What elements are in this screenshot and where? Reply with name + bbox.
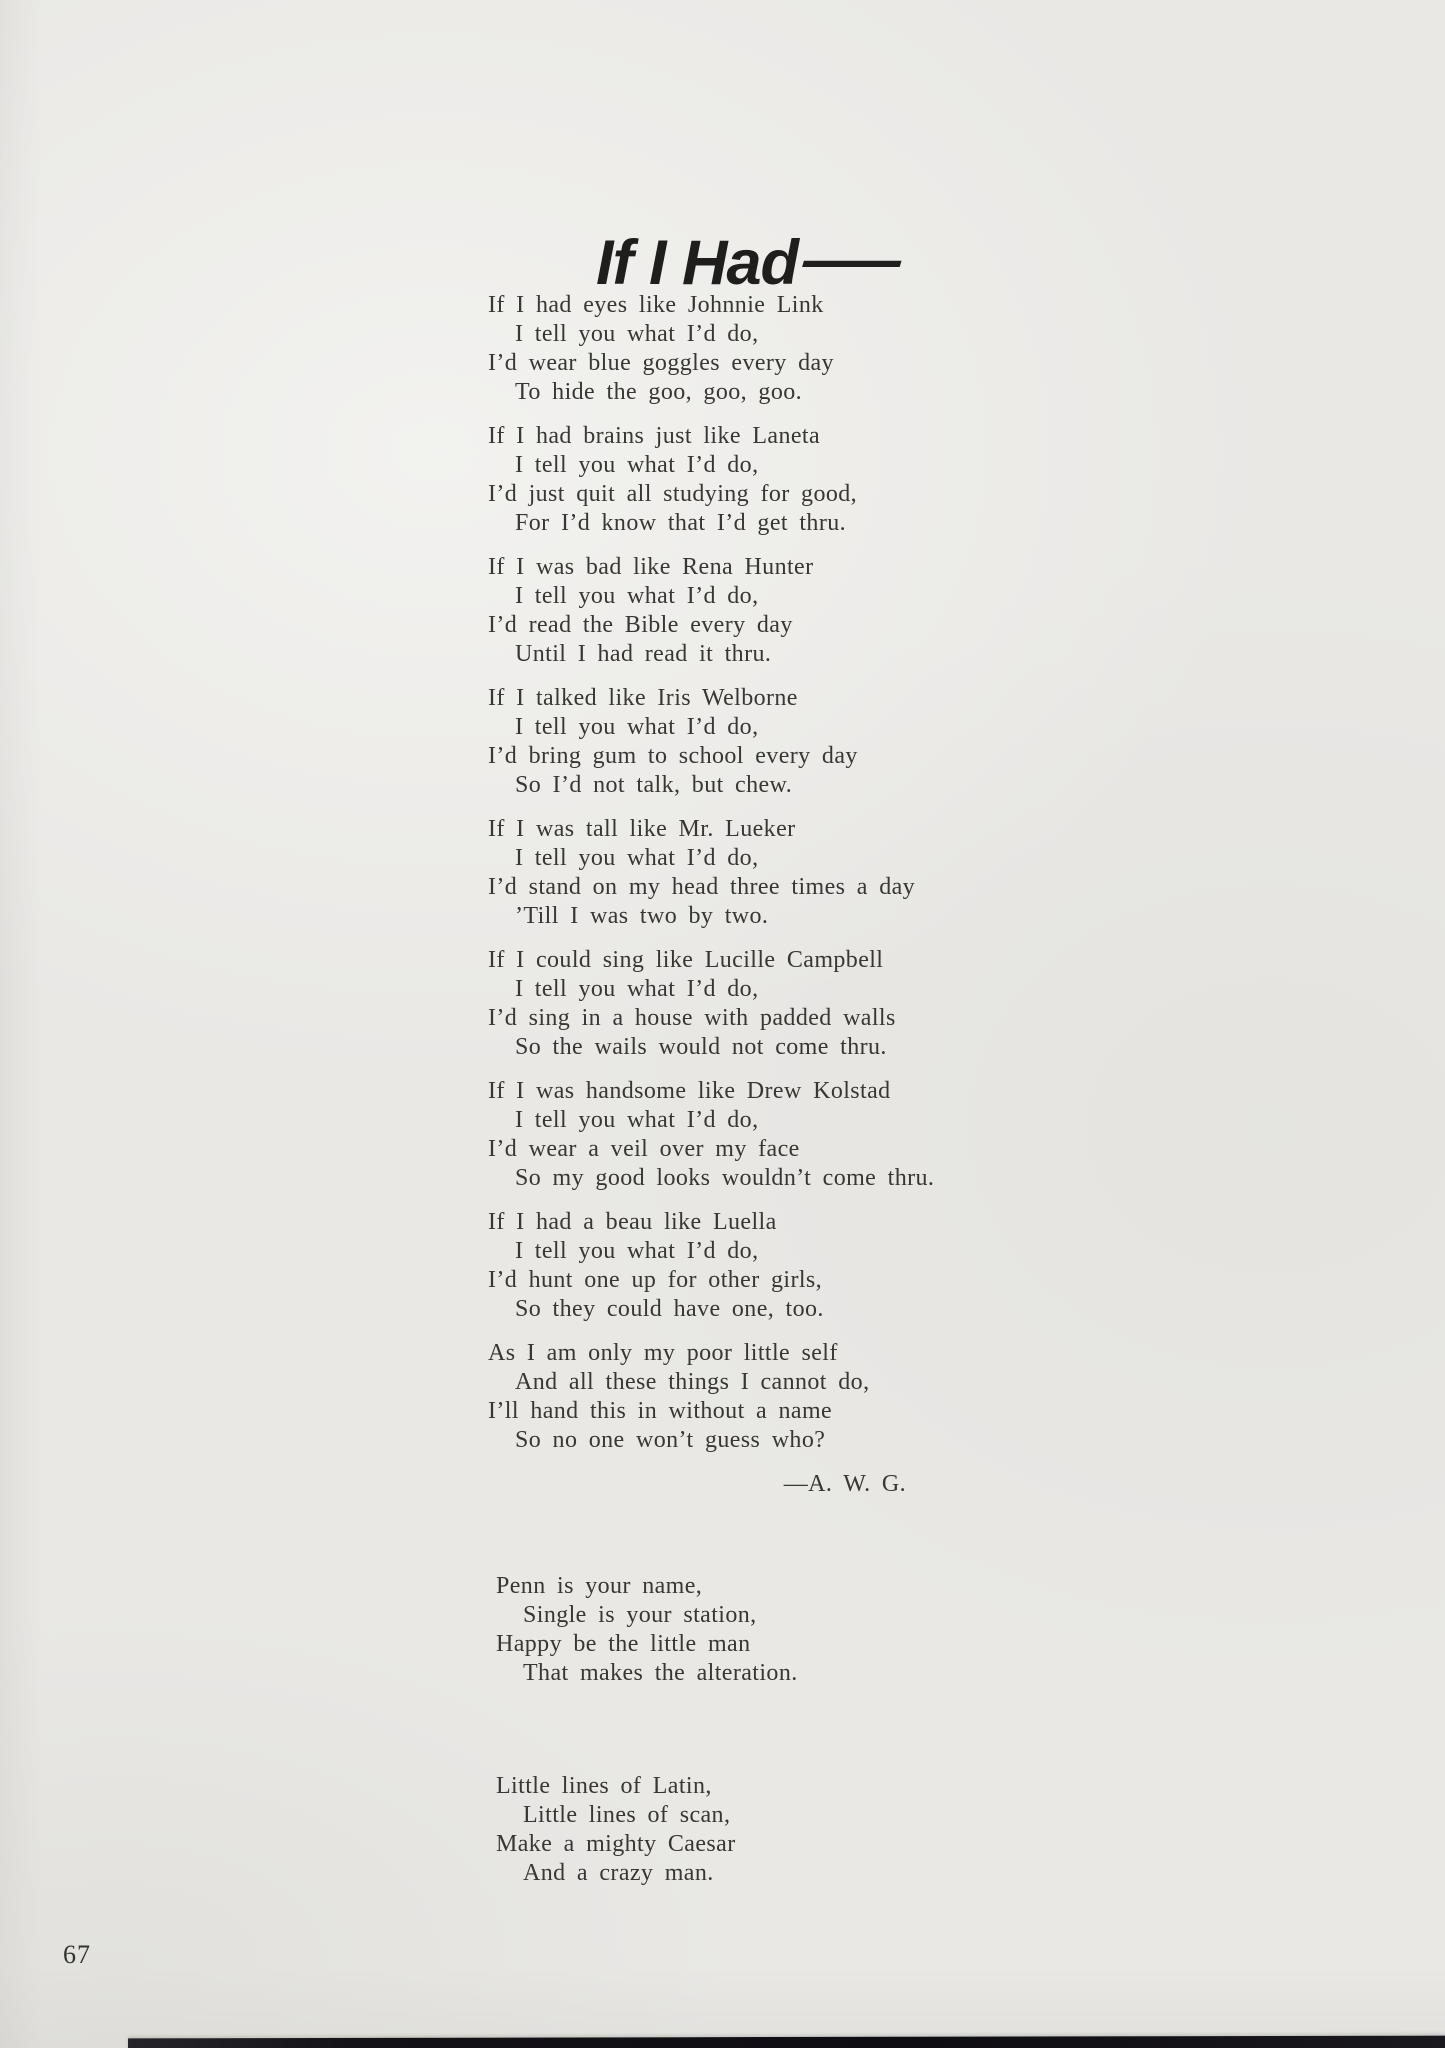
- poem-line: So they could have one, too.: [515, 1295, 958, 1324]
- poem-line: If I talked like Iris Welborne: [488, 684, 958, 713]
- poem: If I had eyes like Johnnie LinkI tell yo…: [488, 291, 958, 1499]
- poem-line: If I had eyes like Johnnie Link: [488, 291, 958, 320]
- poem-line: I’ll hand this in without a name: [488, 1397, 958, 1426]
- poem-stanza: If I had eyes like Johnnie LinkI tell yo…: [488, 291, 958, 407]
- scanned-yearbook-page: If I Had— If I had eyes like Johnnie Lin…: [0, 0, 1445, 2048]
- poem-stanza: If I was bad like Rena HunterI tell you …: [488, 553, 958, 669]
- poem-line: I tell you what I’d do,: [515, 451, 958, 480]
- poem-stanza: As I am only my poor little selfAnd all …: [488, 1339, 958, 1455]
- page-title-text: If I Had: [596, 228, 798, 298]
- poem-stanza: If I talked like Iris WelborneI tell you…: [488, 684, 958, 800]
- verse-line: Little lines of scan,: [523, 1801, 736, 1830]
- page-number: 67: [63, 1940, 91, 1970]
- poem-line: If I could sing like Lucille Campbell: [488, 946, 958, 975]
- poem-line: I tell you what I’d do,: [515, 975, 958, 1004]
- poem-line: I tell you what I’d do,: [515, 320, 958, 349]
- poem-stanza: If I could sing like Lucille CampbellI t…: [488, 946, 958, 1062]
- poem-line: And all these things I cannot do,: [515, 1368, 958, 1397]
- poem-line: If I had a beau like Luella: [488, 1208, 958, 1237]
- poem-line: If I was tall like Mr. Lueker: [488, 815, 958, 844]
- verse-penn: Penn is your name,Single is your station…: [496, 1572, 798, 1688]
- poem-line: I tell you what I’d do,: [515, 713, 958, 742]
- title-dash: —: [803, 229, 899, 292]
- verse-line: That makes the alteration.: [523, 1659, 798, 1688]
- poem-line: As I am only my poor little self: [488, 1339, 958, 1368]
- poem-stanza: If I had a beau like LuellaI tell you wh…: [488, 1208, 958, 1324]
- scan-edge-shadow: [128, 2036, 1445, 2048]
- poem-stanza: If I was tall like Mr. LuekerI tell you …: [488, 815, 958, 931]
- verse-line: And a crazy man.: [523, 1859, 736, 1888]
- poem-stanza: If I was handsome like Drew KolstadI tel…: [488, 1077, 958, 1193]
- poem-line: So the wails would not come thru.: [515, 1033, 958, 1062]
- poem-line: I’d wear a veil over my face: [488, 1135, 958, 1164]
- poem-line: So I’d not talk, but chew.: [515, 771, 958, 800]
- poem-line: Until I had read it thru.: [515, 640, 958, 669]
- poem-line: I’d wear blue goggles every day: [488, 349, 958, 378]
- poem-line: I’d read the Bible every day: [488, 611, 958, 640]
- verse-line: Little lines of Latin,: [496, 1772, 736, 1801]
- poem-line: I’d sing in a house with padded walls: [488, 1004, 958, 1033]
- verse-line: Make a mighty Caesar: [496, 1830, 736, 1859]
- verse-line: Penn is your name,: [496, 1572, 798, 1601]
- poem-line: I tell you what I’d do,: [515, 1237, 958, 1266]
- poem-signature: —A. W. G.: [488, 1470, 958, 1499]
- poem-line: To hide the goo, goo, goo.: [515, 378, 958, 407]
- poem-line: If I was bad like Rena Hunter: [488, 553, 958, 582]
- poem-line: So my good looks wouldn’t come thru.: [515, 1164, 958, 1193]
- poem-line: ’Till I was two by two.: [515, 902, 958, 931]
- poem-line: I’d stand on my head three times a day: [488, 873, 958, 902]
- poem-line: I tell you what I’d do,: [515, 582, 958, 611]
- poem-stanza: If I had brains just like LanetaI tell y…: [488, 422, 958, 538]
- poem-line: For I’d know that I’d get thru.: [515, 509, 958, 538]
- poem-line: If I was handsome like Drew Kolstad: [488, 1077, 958, 1106]
- poem-stanzas: If I had eyes like Johnnie LinkI tell yo…: [488, 291, 958, 1455]
- page-title: If I Had—: [596, 232, 882, 295]
- verse-line: Single is your station,: [523, 1601, 798, 1630]
- poem-line: I’d just quit all studying for good,: [488, 480, 958, 509]
- verse-latin: Little lines of Latin,Little lines of sc…: [496, 1772, 736, 1888]
- poem-line: I tell you what I’d do,: [515, 1106, 958, 1135]
- poem-line: If I had brains just like Laneta: [488, 422, 958, 451]
- verse-line: Happy be the little man: [496, 1630, 798, 1659]
- poem-line: I’d hunt one up for other girls,: [488, 1266, 958, 1295]
- poem-line: I tell you what I’d do,: [515, 844, 958, 873]
- poem-line: So no one won’t guess who?: [515, 1426, 958, 1455]
- poem-line: I’d bring gum to school every day: [488, 742, 958, 771]
